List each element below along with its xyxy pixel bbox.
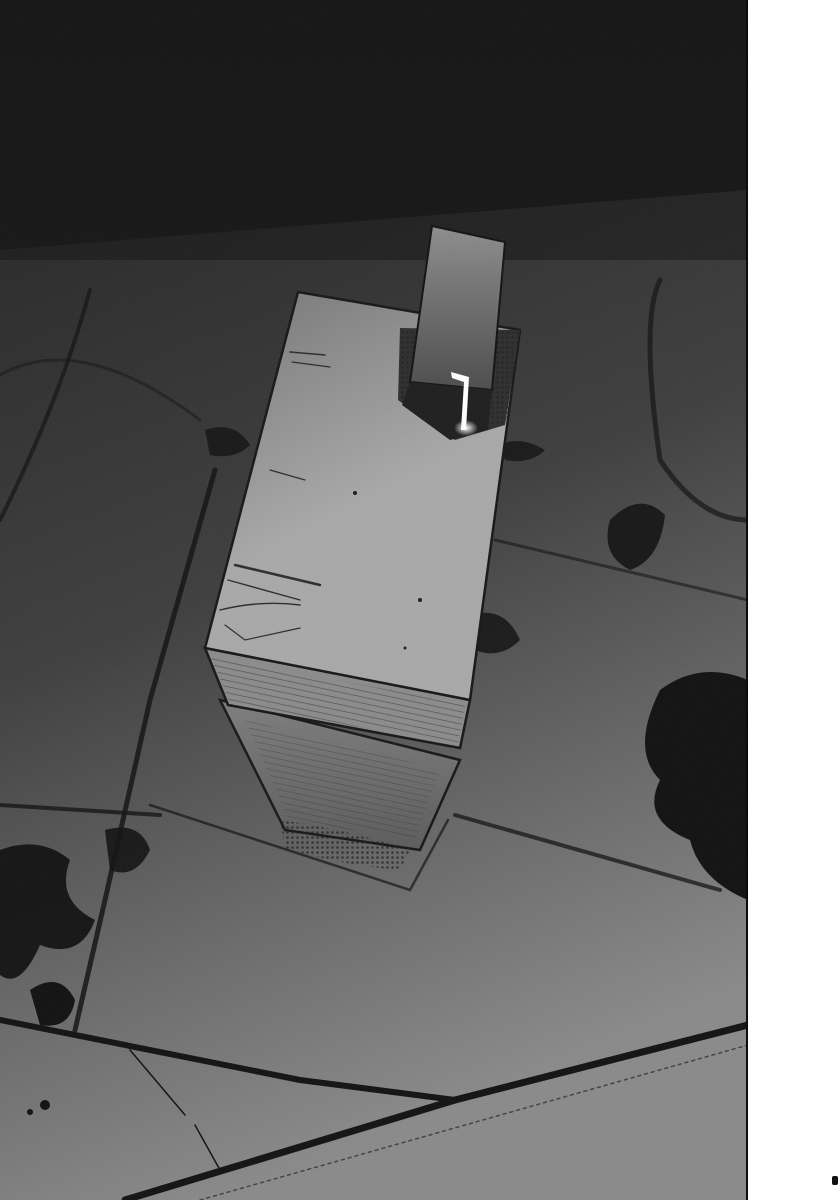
- page-margin: [748, 0, 840, 1200]
- page-number-mark: [832, 1176, 838, 1185]
- scene-illustration: [0, 0, 748, 1200]
- illustration-panel: [0, 0, 748, 1200]
- manga-page: [0, 0, 840, 1200]
